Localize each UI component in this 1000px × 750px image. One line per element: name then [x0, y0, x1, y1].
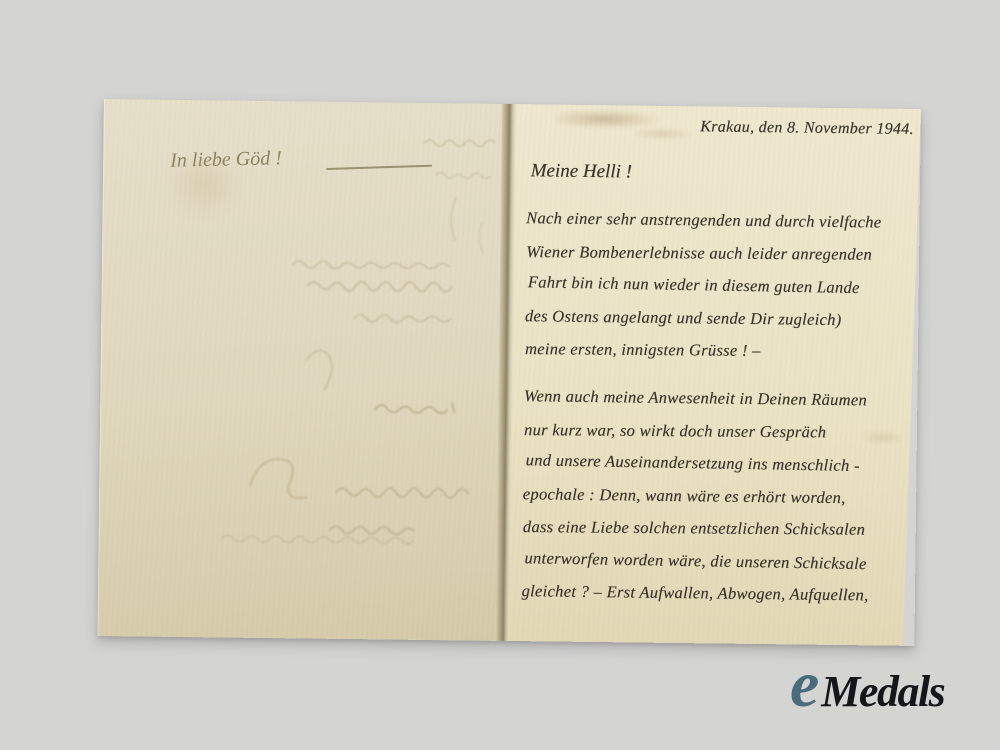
handwriting-line: gleichet ? – Erst Aufwallen, Abwogen, Au…: [521, 575, 909, 612]
ink-smudge: [635, 127, 695, 140]
handwriting-line: unterworfen worden wäre, die unseren Sch…: [524, 542, 912, 581]
letter-spread: In liebe Göd ! Krakau, den 8. November 1…: [97, 99, 920, 646]
product-photo: In liebe Göd ! Krakau, den 8. November 1…: [0, 0, 1000, 750]
letter-dateline: Krakau, den 8. November 1944.: [700, 118, 914, 139]
handwriting-line: nur kurz war, so wirkt doch unser Gesprä…: [523, 413, 911, 449]
emedals-logo-e-icon: e: [790, 652, 819, 718]
handwriting-line: meine ersten, innigsten Grüsse ! –: [524, 333, 912, 369]
handwriting-line: und unsere Auseinandersetzung ins mensch…: [525, 444, 913, 483]
handwriting-line: Wiener Bombenerlebnisse auch leider anre…: [526, 236, 914, 272]
letter-paragraph-2: Wenn auch meine Anwesenheit in Deinen Rä…: [521, 380, 911, 612]
letter-salutation: Meine Helli !: [531, 160, 633, 183]
emedals-logo-text: Medals: [821, 670, 944, 714]
left-page-inscription: In liebe Göd !: [170, 147, 282, 173]
handwriting-line: epochale : Denn, wann wäre es erhört wor…: [523, 478, 911, 515]
letter-paragraph-1: Nach einer sehr anstrengenden und durch …: [524, 202, 913, 369]
letter-page-left: In liebe Göd !: [97, 99, 501, 641]
handwriting-line: Fahrt bin ich nun wieder in diesem guten…: [527, 266, 915, 305]
handwriting-line: des Ostens angelangt und sende Dir zugle…: [525, 300, 913, 337]
letter-page-right: Krakau, den 8. November 1944. Meine Hell…: [509, 104, 921, 646]
ink-smudge: [555, 109, 663, 130]
handwriting-line: Wenn auch meine Anwesenheit in Deinen Rä…: [524, 380, 912, 417]
ink-showthrough-marks: [98, 99, 502, 641]
handwriting-line: Nach einer sehr anstrengenden und durch …: [526, 202, 914, 239]
handwriting-line: dass eine Liebe solchen entsetzlichen Sc…: [522, 511, 910, 547]
emedals-logo: e Medals: [790, 652, 944, 718]
